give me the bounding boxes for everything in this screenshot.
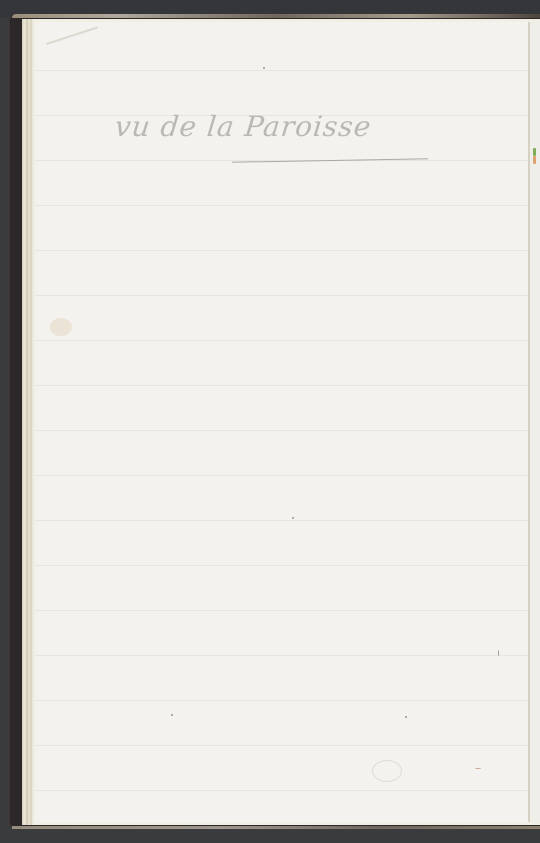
ruled-line <box>35 205 530 206</box>
ruled-line <box>35 745 530 746</box>
ruled-line <box>35 250 530 251</box>
ruled-line <box>35 475 530 476</box>
ruled-line <box>35 520 530 521</box>
handwritten-heading: vu de la Paroisse <box>113 110 373 143</box>
cover-worn-edge-top <box>12 14 540 18</box>
ruled-line <box>35 295 530 296</box>
ruled-line <box>35 790 530 791</box>
paper-speck <box>292 517 294 519</box>
ruled-line <box>35 700 530 701</box>
next-page-leaf <box>530 22 540 822</box>
paper-speck <box>405 716 407 718</box>
paper-speck <box>263 67 265 69</box>
cover-worn-edge-bottom <box>12 826 540 829</box>
ruled-line <box>35 340 530 341</box>
paper-speck <box>475 768 481 769</box>
green-tab-marker <box>533 148 536 156</box>
ruled-line <box>35 430 530 431</box>
orange-tab-marker <box>533 156 536 164</box>
library-stamp <box>372 760 402 782</box>
ruled-line <box>35 385 530 386</box>
paper-stain <box>50 318 72 336</box>
paper-speck <box>171 714 173 716</box>
paper-speck <box>498 650 499 656</box>
ruled-line <box>35 565 530 566</box>
ruled-line <box>35 655 530 656</box>
ruled-line <box>35 70 530 71</box>
ruled-line <box>35 610 530 611</box>
